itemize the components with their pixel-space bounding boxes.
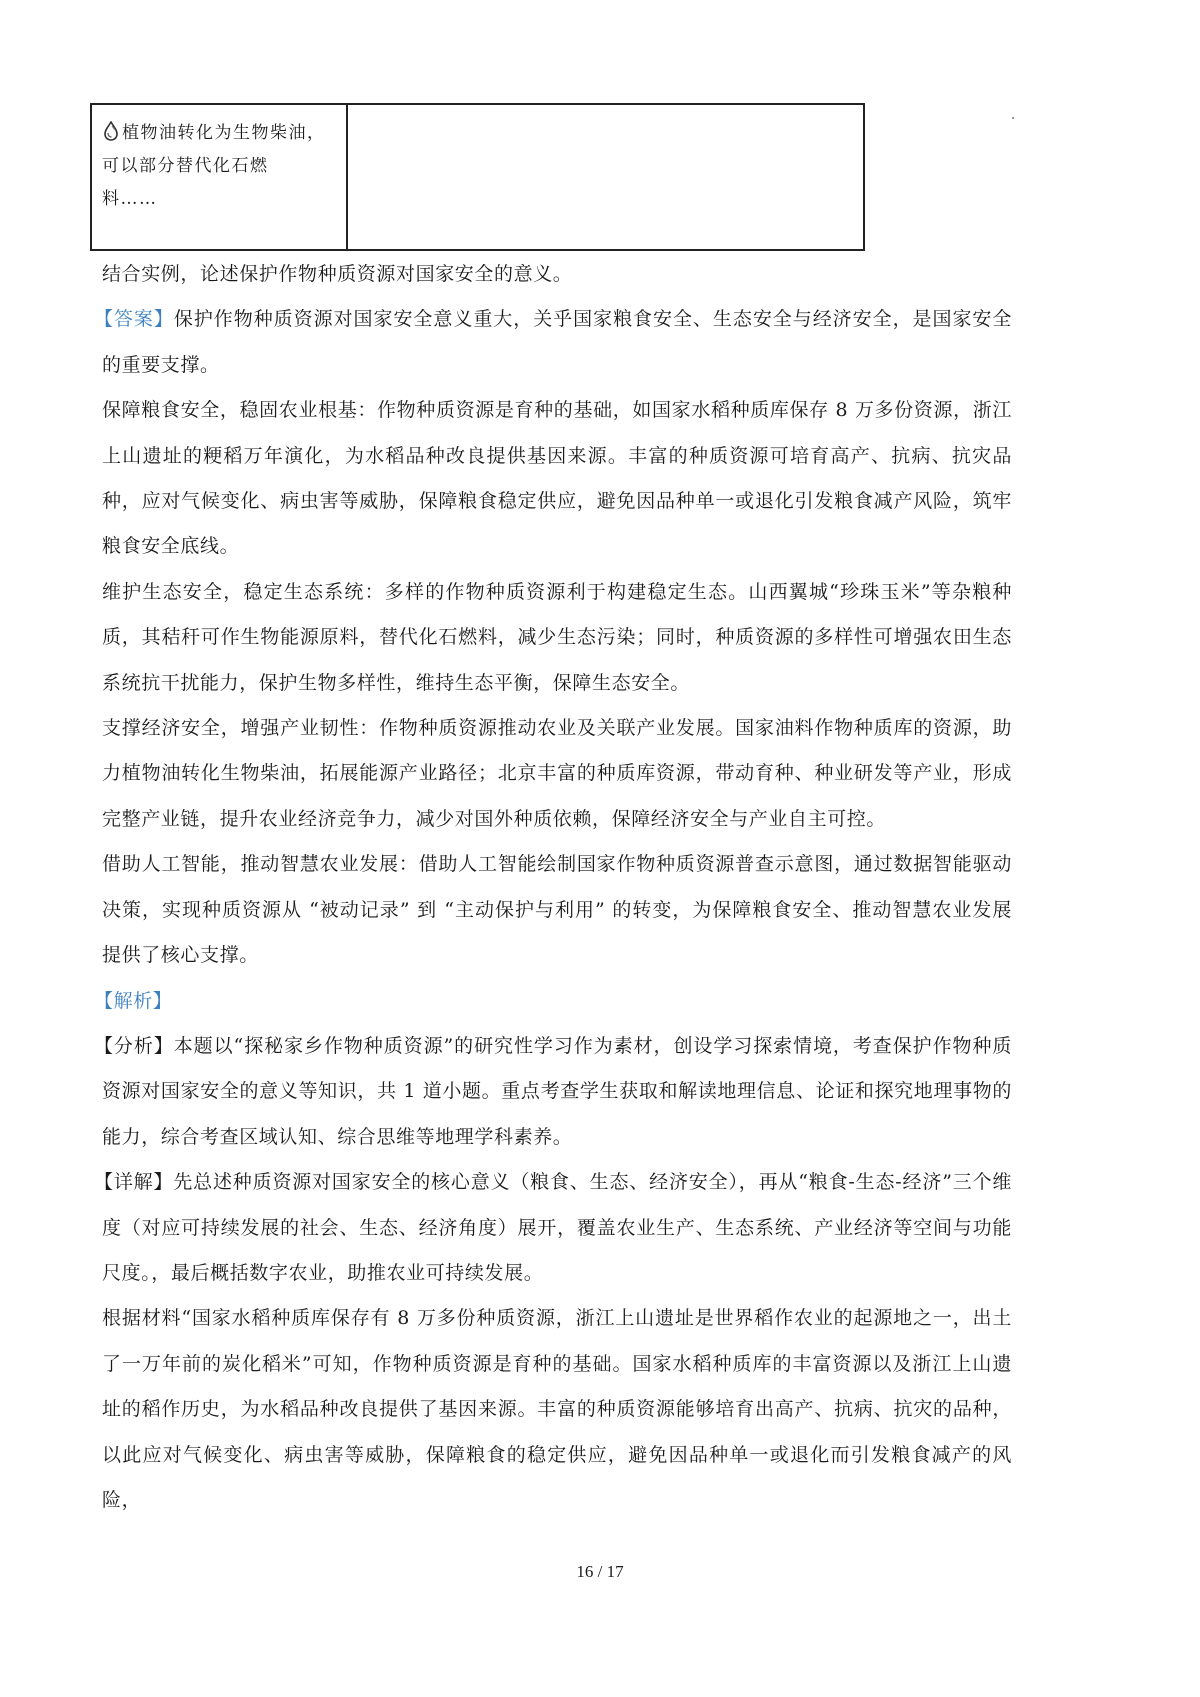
fenxi-paragraph: 【分析】本题以“探秘家乡作物种质资源”的研究性学习作为素材，创设学习探索情境，考…: [102, 1024, 1012, 1160]
page-number: 16 / 17: [0, 1562, 1200, 1582]
table-text-line-1: 植物油转化为生物柴油，: [122, 123, 326, 143]
answer-intro-paragraph: 【答案】保护作物种质资源对国家安全意义重大，关乎国家粮食安全、生态安全与经济安全…: [102, 297, 1012, 388]
answer-label: 【答案】: [94, 308, 174, 330]
material-paragraph: 根据材料“国家水稻种质库保存有 8 万多份种质资源，浙江上山遗址是世界稻作农业的…: [102, 1296, 1012, 1523]
stray-mark: [1012, 117, 1014, 119]
xiangjie-label: 【详解】: [94, 1171, 173, 1193]
xiangjie-paragraph: 【详解】先总述种质资源对国家安全的核心意义（粮食、生态、经济安全），再从“粮食-…: [102, 1160, 1012, 1296]
table-cell-right: [348, 105, 863, 249]
question-text: 结合实例，论述保护作物种质资源对国家安全的意义。: [102, 252, 1012, 297]
answer-intro-text: 保护作物种质资源对国家安全意义重大，关乎国家粮食安全、生态安全与经济安全，是国家…: [102, 308, 1012, 375]
table-cell-left: 植物油转化为生物柴油， 可以部分替代化石燃 料……: [92, 105, 348, 249]
answer-content: 结合实例，论述保护作物种质资源对国家安全的意义。 【答案】保护作物种质资源对国家…: [102, 252, 1012, 1523]
answer-paragraph-food-security: 保障粮食安全，稳固农业根基：作物种质资源是育种的基础，如国家水稻种质库保存 8 …: [102, 388, 1012, 570]
analysis-heading: 【解析】: [102, 979, 1012, 1024]
fenxi-label: 【分析】: [94, 1035, 174, 1057]
document-page: 植物油转化为生物柴油， 可以部分替代化石燃 料…… 结合实例，论述保护作物种质资…: [0, 0, 1200, 1697]
fenxi-text: 本题以“探秘家乡作物种质资源”的研究性学习作为素材，创设学习探索情境，考查保护作…: [102, 1035, 1012, 1148]
oil-drop-icon: [102, 121, 120, 141]
xiangjie-text: 先总述种质资源对国家安全的核心意义（粮食、生态、经济安全），再从“粮食-生态-经…: [102, 1171, 1012, 1284]
answer-paragraph-ai-agriculture: 借助人工智能，推动智慧农业发展：借助人工智能绘制国家作物种质资源普查示意图，通过…: [102, 842, 1012, 978]
material-table: 植物油转化为生物柴油， 可以部分替代化石燃 料……: [90, 103, 865, 251]
answer-paragraph-eco-security: 维护生态安全，稳定生态系统：多样的作物种质资源利于构建稳定生态。山西翼城“珍珠玉…: [102, 570, 1012, 706]
answer-paragraph-economic-security: 支撑经济安全，增强产业韧性：作物种质资源推动农业及关联产业发展。国家油料作物种质…: [102, 706, 1012, 842]
analysis-label: 【解析】: [94, 990, 172, 1012]
